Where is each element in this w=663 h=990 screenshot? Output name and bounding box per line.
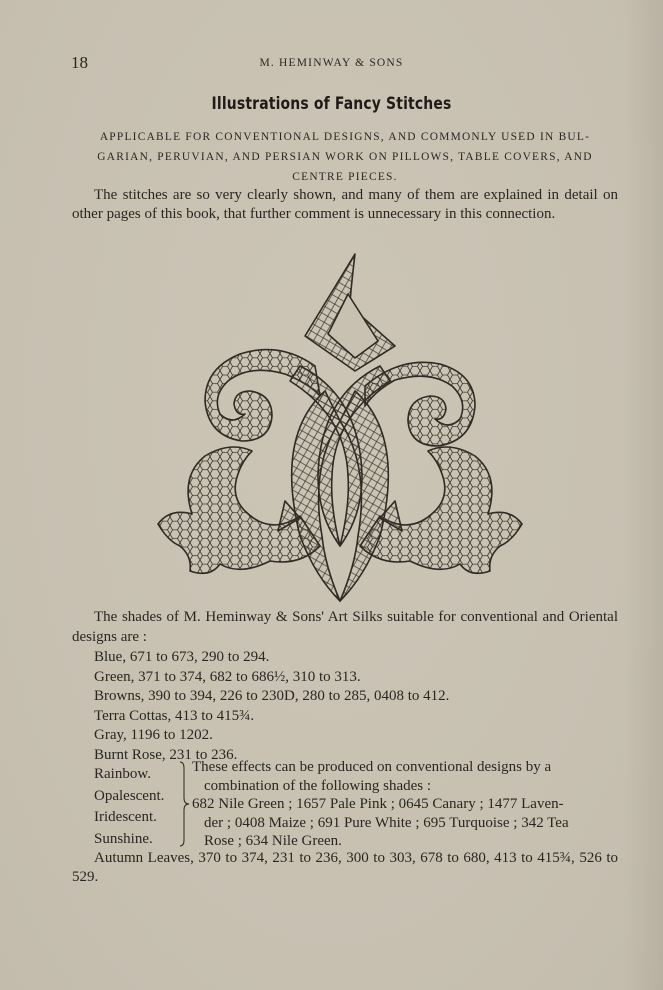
effects-line-1: These effects can be produced on convent… [192,759,551,775]
curly-brace-icon [177,760,191,848]
effects-block: Rainbow. Opalescent. Iridescent. Sunshin… [94,758,618,848]
shade-item-green: Green, 371 to 374, 682 to 686½, 310 to 3… [94,668,449,688]
section-subtitle: APPLICABLE FOR CONVENTIONAL DESIGNS, AND… [72,127,618,187]
running-head: M. HEMINWAY & SONS [0,57,663,69]
autumn-leaves-paragraph: Autumn Leaves, 370 to 374, 231 to 236, 3… [72,849,618,887]
book-page: 18 M. HEMINWAY & SONS Illustrations of F… [0,0,663,990]
effects-names: Rainbow. Opalescent. Iridescent. Sunshin… [94,764,164,850]
effect-opalescent: Opalescent. [94,786,164,808]
shade-item-gray: Gray, 1196 to 1202. [94,726,449,746]
effect-sunshine: Sunshine. [94,829,164,851]
shade-item-blue: Blue, 671 to 673, 290 to 294. [94,648,449,668]
section-title: Illustrations of Fancy Stitches [60,94,604,114]
shades-intro-paragraph: The shades of M. Heminway & Sons' Art Si… [72,608,618,647]
effects-line-5: Rose ; 634 Nile Green. [192,832,618,851]
shade-list: Blue, 671 to 673, 290 to 294. Green, 371… [94,648,449,766]
effects-line-3: 682 Nile Green ; 1657 Pale Pink ; 0645 C… [192,796,564,812]
shade-item-browns: Browns, 390 to 394, 226 to 230D, 280 to … [94,687,449,707]
effect-iridescent: Iridescent. [94,807,164,829]
intro-paragraph: The stitches are so very clearly shown, … [72,186,618,224]
ornament-icon [150,246,530,606]
shade-item-terra-cottas: Terra Cottas, 413 to 415¾. [94,707,449,727]
effects-description: These effects can be produced on convent… [192,758,618,851]
effects-line-4: der ; 0408 Maize ; 691 Pure White ; 695 … [192,814,618,833]
stitch-illustration [150,246,530,606]
effect-rainbow: Rainbow. [94,764,164,786]
effects-line-2: combination of the following shades : [192,777,618,796]
